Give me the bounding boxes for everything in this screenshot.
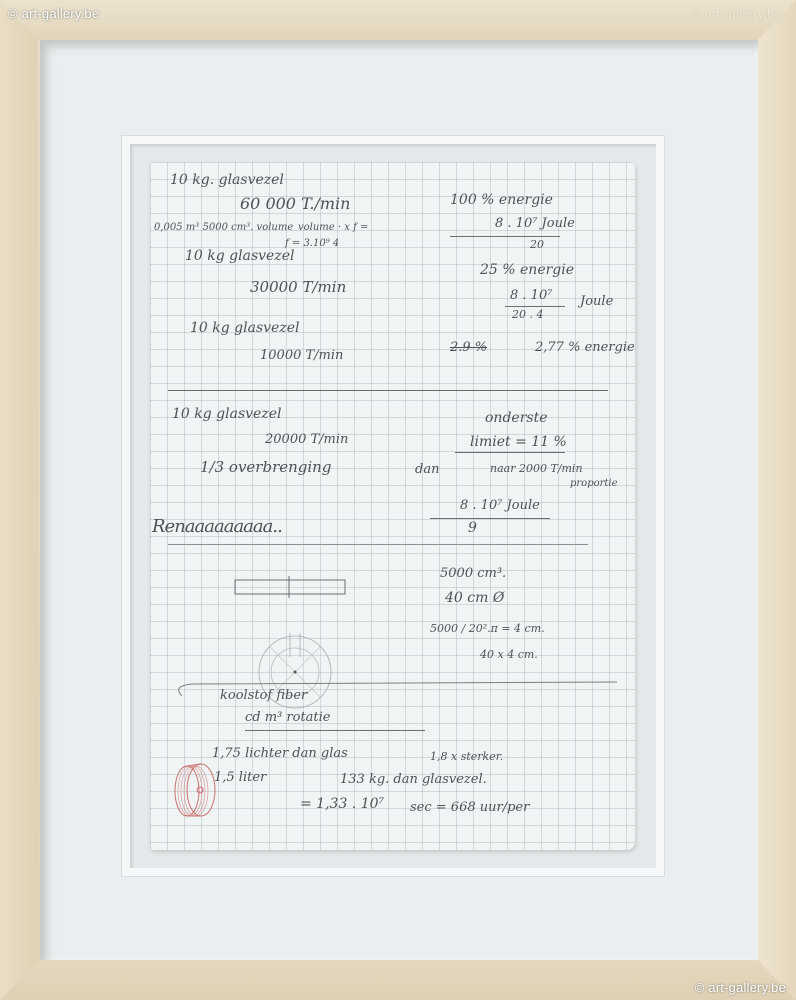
rectangle-sketch [230, 572, 350, 602]
signature: Renaaaaaaaaa.. [152, 516, 282, 537]
frame-top-rail [0, 0, 796, 40]
note-line: 40 cm Ø [445, 590, 504, 606]
note-line: 20 . 4 [512, 308, 544, 321]
fraction-bar [450, 236, 560, 237]
frame-right-rail [758, 0, 796, 1000]
underline [245, 730, 425, 731]
note-line: proportie [570, 478, 618, 489]
note-line: = 1,33 . 10⁷ [300, 796, 384, 812]
note-line: 10000 T/min [260, 348, 343, 363]
note-line: 8 . 10⁷ Joule [495, 216, 575, 231]
note-line: 2,77 % energie [535, 340, 635, 355]
note-line: 30000 T/min [250, 278, 346, 296]
note-line: 20 [530, 238, 544, 251]
note-line: dan [415, 462, 439, 477]
note-line: Joule [580, 294, 613, 309]
note-line: 60 000 T./min [240, 194, 350, 213]
note-line: 1/3 overbrenging [200, 458, 331, 476]
note-line: sec = 668 uur/per [410, 800, 529, 815]
note-line: 10 kg glasvezel [190, 320, 299, 336]
note-line: 1,8 x sterker. [430, 750, 503, 763]
struck-value: 2.9 % [450, 340, 487, 355]
red-disc-drawing [168, 760, 218, 820]
copyright-watermark-faint: © art-gallery.be [691, 6, 782, 21]
note-line: 10 kg glasvezel [185, 248, 294, 264]
handwritten-grid-paper: 10 kg. glasvezel 60 000 T./min 0,005 m³ … [150, 162, 635, 850]
copyright-watermark: © art-gallery.be [8, 6, 99, 21]
disc-sketch [250, 627, 340, 717]
note-line: 100 % energie [450, 192, 553, 208]
note-line: 40 x 4 cm. [480, 648, 538, 661]
note-line: 5000 / 20².π = 4 cm. [430, 622, 545, 635]
note-line: 8 . 10⁷ Joule [460, 498, 540, 513]
note-line: 133 kg. dan glasvezel. [340, 772, 487, 787]
note-line: 20000 T/min [265, 432, 348, 447]
note-line: 1,75 lichter dan glas [212, 746, 348, 761]
copyright-watermark: © art-gallery.be [695, 980, 786, 995]
note-line: 1,5 liter [214, 770, 266, 785]
note-line: koolstof fiber [220, 688, 307, 703]
note-line: 8 . 10⁷ [510, 288, 552, 303]
note-line: 9 [468, 520, 477, 536]
note-line: 10 kg. glasvezel [170, 172, 284, 188]
fraction-bar [430, 518, 550, 519]
section-divider [168, 390, 608, 391]
fraction-bar [505, 306, 565, 307]
fraction-bar [455, 452, 565, 453]
note-line: naar 2000 T/min [490, 462, 583, 475]
note-line: 25 % energie [480, 262, 574, 278]
note-line: volume · x f = [298, 222, 368, 233]
note-line: 0,005 m³ 5000 cm³. volume [154, 222, 293, 233]
note-line: limiet = 11 % [470, 434, 567, 450]
note-line: 10 kg glasvezel [172, 406, 281, 422]
note-line: onderste [485, 410, 547, 426]
note-line: cd m³ rotatie [245, 710, 331, 725]
note-line: 5000 cm³. [440, 566, 506, 581]
frame-bottom-rail [0, 960, 796, 1000]
signature-underline [168, 544, 588, 545]
frame-left-rail [0, 0, 40, 1000]
